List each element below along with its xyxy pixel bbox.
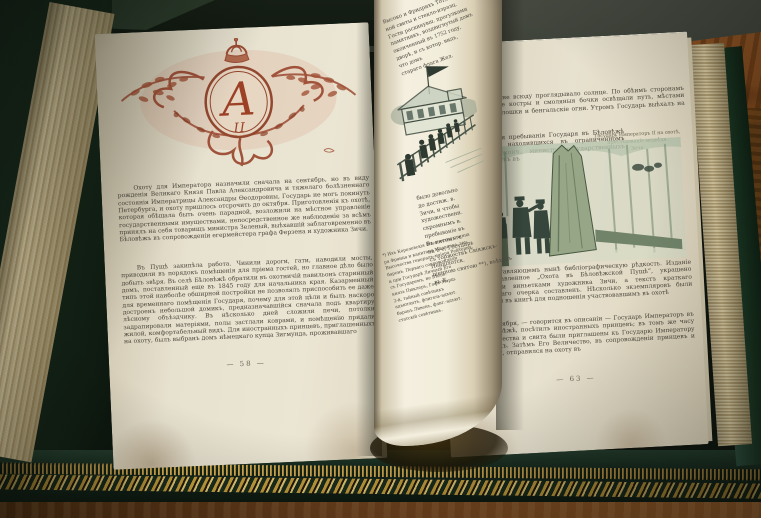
turning-page-curl: Высоко и Фридрихъ Тотлебенъ ной свиты и …: [374, 0, 502, 446]
left-page-number: — 58 —: [109, 354, 383, 374]
photograph-of-open-book: воздухъ, не всюду проглядывало солнце. П…: [0, 0, 761, 518]
left-page: А II Охоту для Императора назначили снач…: [95, 22, 388, 470]
left-page-paragraph-1: Охоту для Императора назначили сначала н…: [117, 174, 371, 243]
monogram-numeral: II: [232, 121, 246, 137]
monogram-cartouche: А II: [204, 66, 273, 139]
turning-page-footnote: *) Ихъ Королевскія Высочества принца ра …: [382, 232, 489, 325]
chapter-vignette-illustration: А II: [111, 33, 367, 179]
pavilion-illustration: [378, 53, 487, 187]
monogram-letter: А: [217, 71, 257, 127]
left-page-paragraph-2: Въ Пущѣ закипѣла работа. Чинили дороги, …: [121, 254, 376, 345]
artist-signature-mark: [324, 148, 334, 152]
ground-hatching: [444, 148, 485, 174]
